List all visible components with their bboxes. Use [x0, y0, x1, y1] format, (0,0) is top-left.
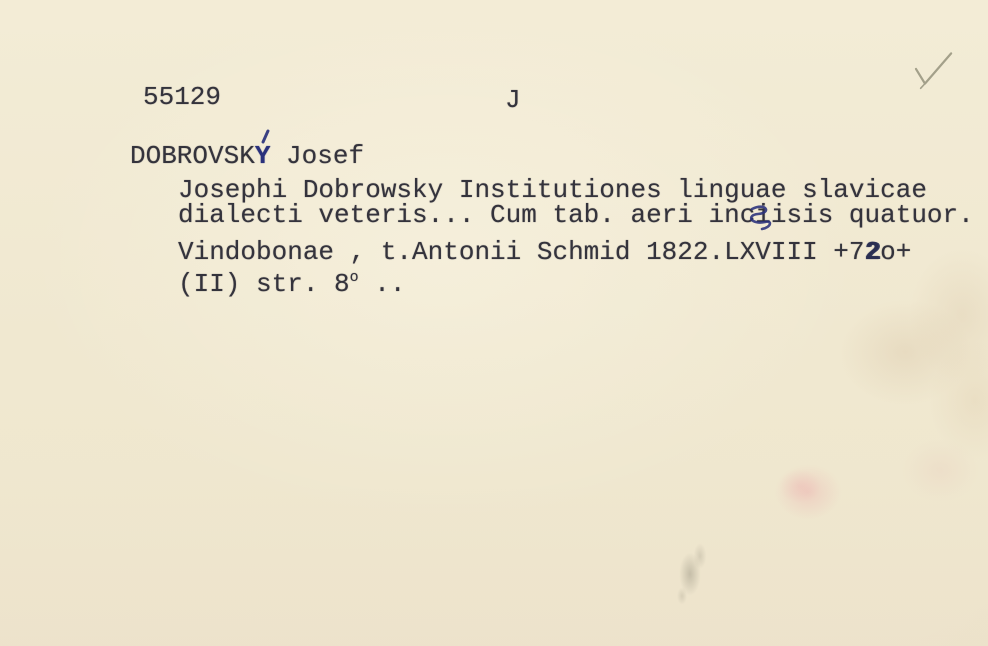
blue-ink-correction-scribble-icon [748, 201, 778, 235]
imprint-line-1-post: o+ [880, 237, 911, 267]
given-name: Josef [270, 141, 364, 171]
call-number: 55129 [143, 85, 221, 110]
imprint-overstruck-char: 2 [865, 237, 881, 267]
imprint-line-2-post: .. [359, 269, 406, 299]
surname-prefix: DOBROVSK [130, 141, 255, 171]
imprint-line-1-pre: Vindobonae , t.Antonii Schmid 1822.LXVII… [178, 237, 865, 267]
scanned-card-page: { "colors": { "paper": "#f1ead2", "typew… [0, 0, 988, 646]
title-line-2-pre: dialecti veteris... Cum tab. aeri inc [178, 200, 755, 230]
author-heading: DOBROVSKY Josef [130, 144, 364, 169]
imprint-superscript-o: o [350, 269, 359, 286]
imprint-line-2-pre: (II) str. 8 [178, 269, 350, 299]
title-line-2: dialecti veteris... Cum tab. aeri inciis… [178, 203, 974, 228]
imprint-line-2: (II) str. 8o .. [178, 265, 405, 297]
catalog-card: 55129 J DOBROVSKY Josef Josephi Dobrowsk… [0, 0, 988, 646]
surname-overwritten-letter: Y [255, 141, 271, 171]
title-line-2-post: isis quatuor. [771, 200, 974, 230]
pencil-checkmark-icon [904, 44, 957, 93]
section-letter: J [505, 88, 521, 113]
imprint-line-1: Vindobonae , t.Antonii Schmid 1822.LXVII… [178, 240, 911, 265]
